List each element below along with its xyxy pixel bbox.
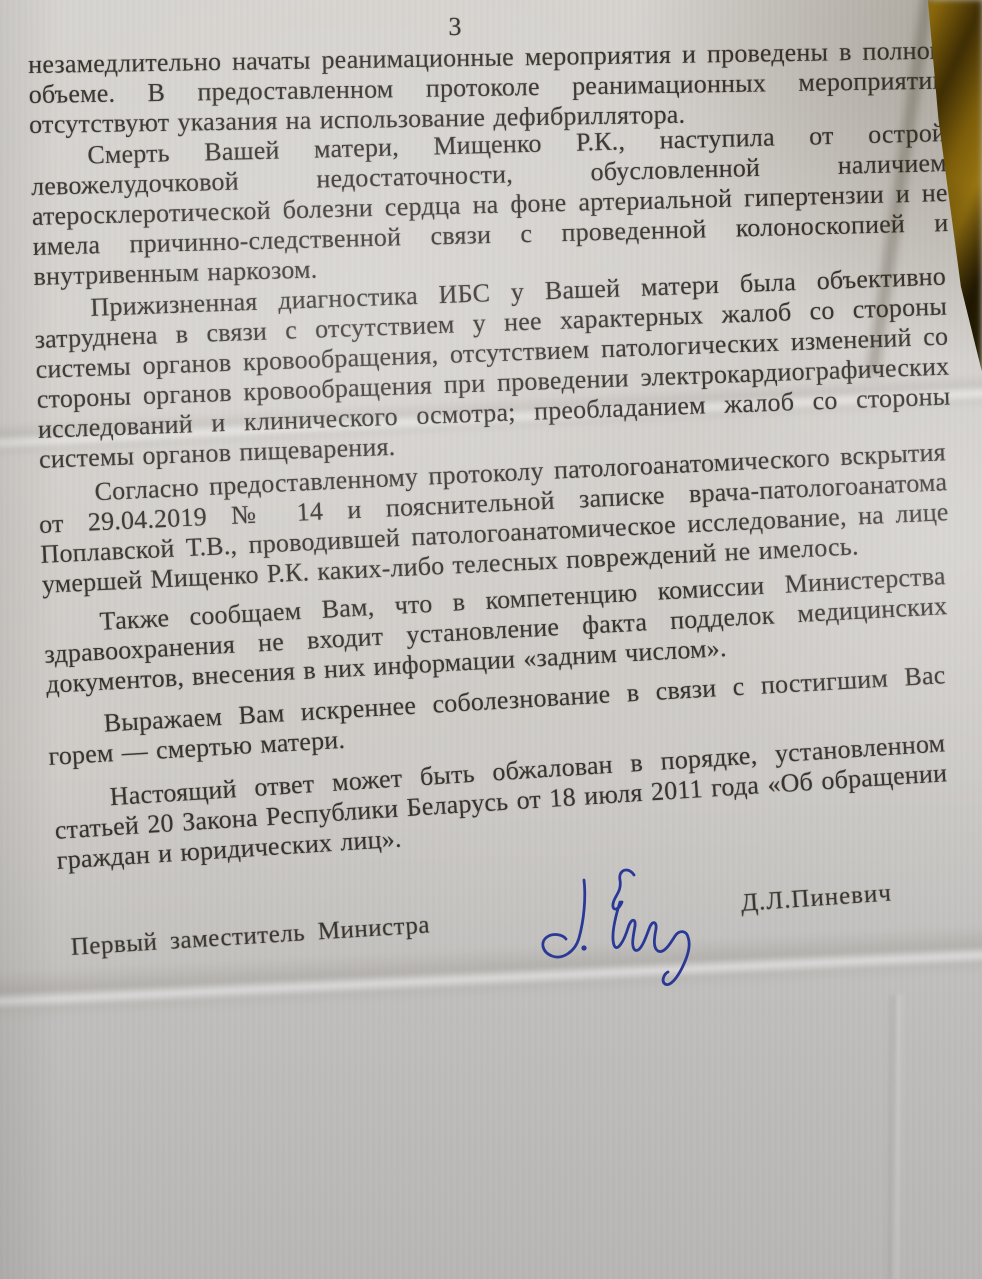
- document-photo: 3 незамедлительно начаты реанимационные …: [0, 0, 982, 1279]
- signature-dot: [581, 945, 586, 950]
- signature-ink: [516, 846, 716, 1006]
- document-text: 3 незамедлительно начаты реанимационные …: [28, 12, 946, 876]
- signature-stroke-2: [613, 870, 689, 985]
- signature-stroke-1: [543, 880, 585, 957]
